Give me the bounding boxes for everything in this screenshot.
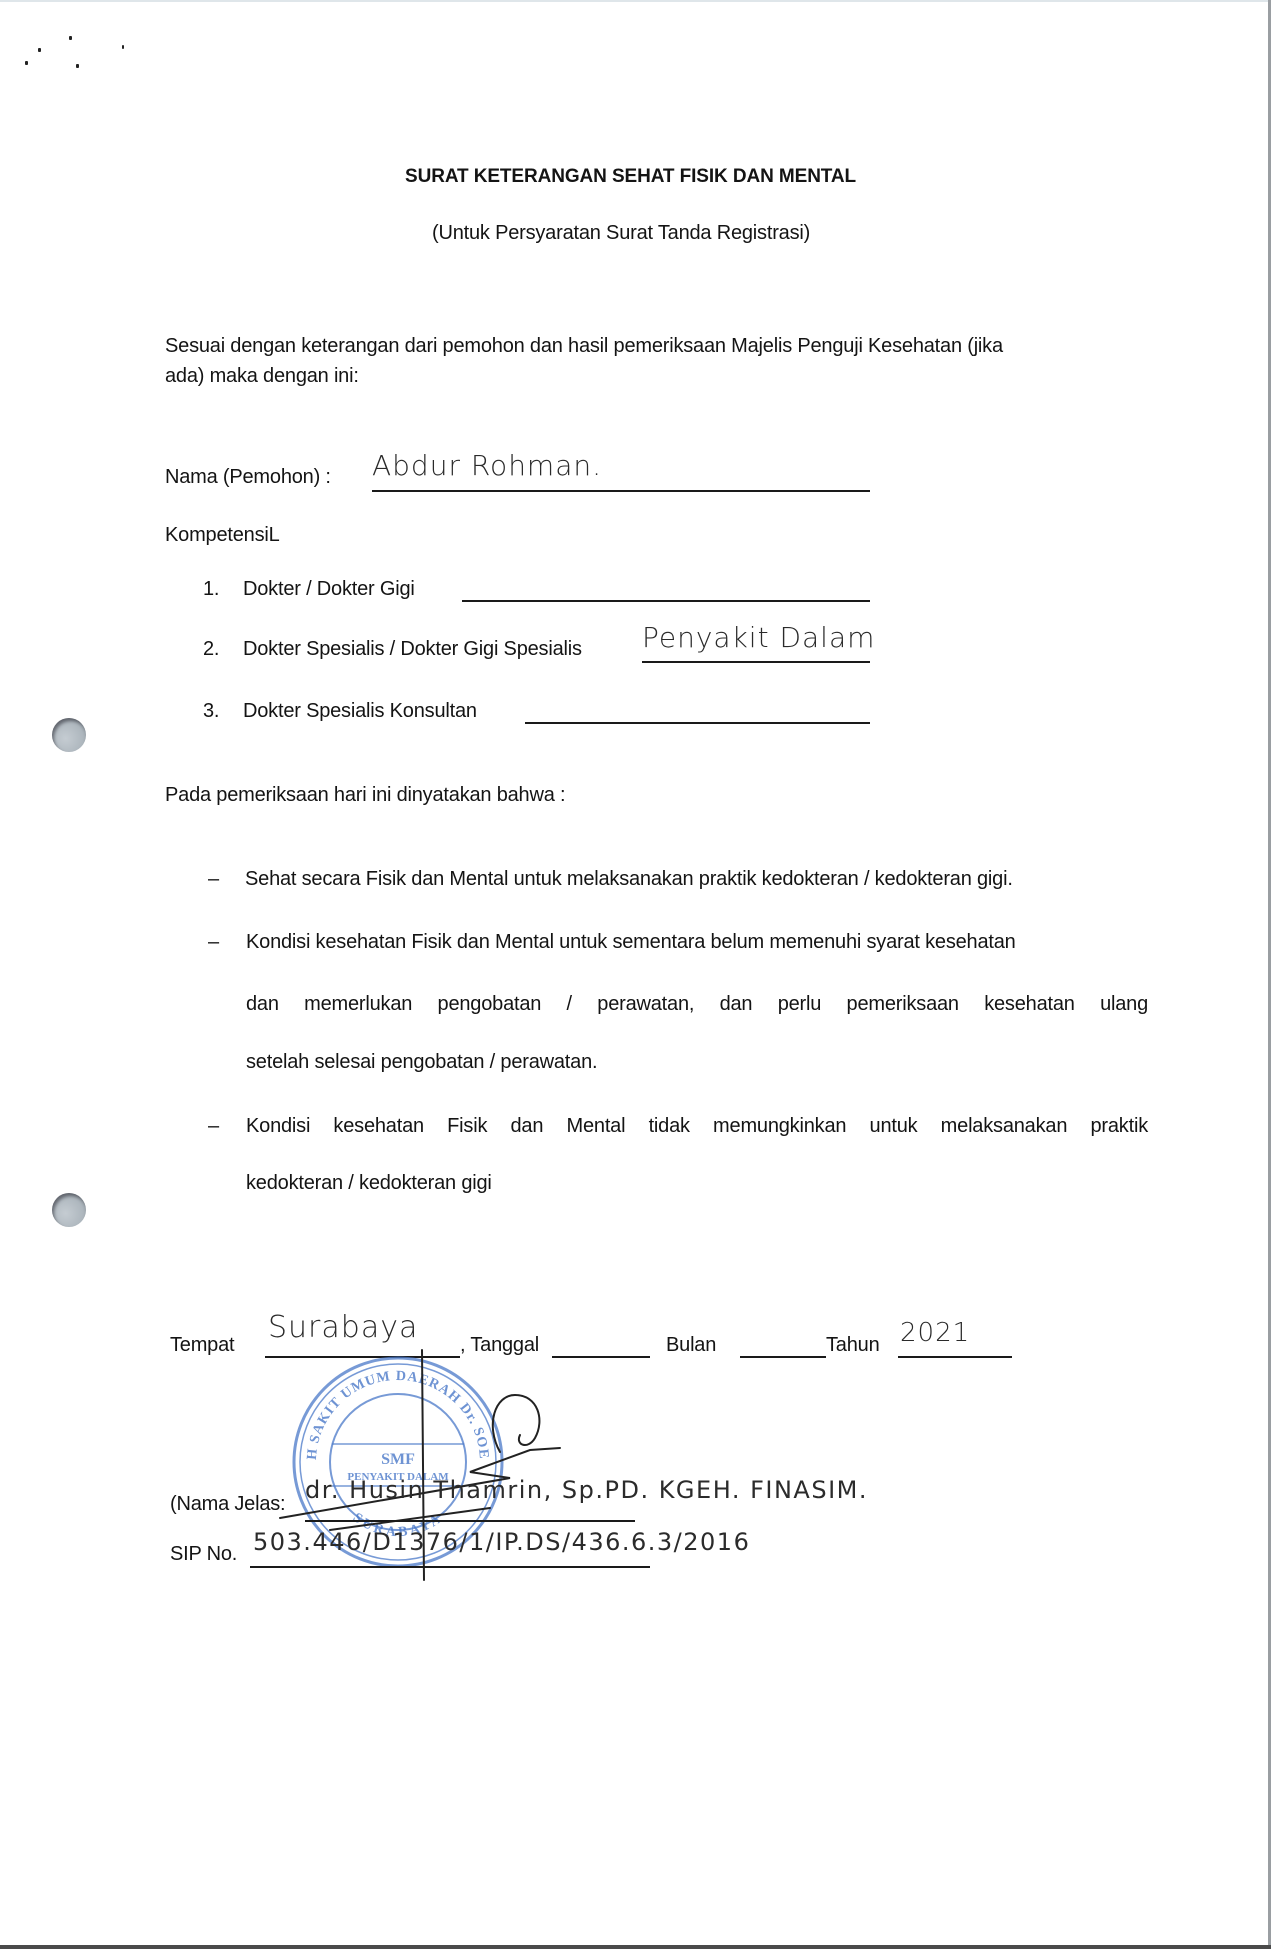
competency-item-1-number: 1. bbox=[203, 577, 219, 601]
document-subtitle: (Untuk Persyaratan Surat Tanda Registras… bbox=[432, 221, 810, 245]
intro-text-line2: ada) maka dengan ini: bbox=[165, 364, 359, 388]
competency-item-3-line bbox=[525, 722, 870, 724]
option-3-dash: – bbox=[208, 1114, 219, 1138]
applicant-name-value[interactable]: Abdur Rohman. bbox=[372, 454, 602, 478]
option-2-line1: Kondisi kesehatan Fisik dan Mental untuk… bbox=[246, 930, 1016, 954]
competency-item-1-label: Dokter / Dokter Gigi bbox=[243, 577, 415, 601]
month-label: Bulan bbox=[666, 1333, 716, 1357]
competency-item-2-value[interactable]: Penyakit Dalam bbox=[642, 626, 875, 650]
option-2-line3: setelah selesai pengobatan / perawatan. bbox=[246, 1050, 597, 1074]
speck bbox=[76, 64, 79, 68]
month-line bbox=[740, 1356, 826, 1358]
speck bbox=[69, 36, 72, 40]
option-3-line2: kedokteran / kedokteran gigi bbox=[246, 1171, 492, 1195]
option-3-line1: Kondisi kesehatan Fisik dan Mental tidak… bbox=[246, 1114, 1148, 1138]
punch-hole bbox=[52, 718, 86, 752]
place-label: Tempat bbox=[170, 1333, 234, 1357]
competency-item-3-number: 3. bbox=[203, 699, 219, 723]
competency-label: KompetensiL bbox=[165, 523, 280, 547]
document-title: SURAT KETERANGAN SEHAT FISIK DAN MENTAL bbox=[405, 165, 856, 189]
competency-item-1-line bbox=[462, 600, 870, 602]
page-bottom-edge bbox=[0, 1945, 1271, 1949]
intro-text-line1: Sesuai dengan keterangan dari pemohon da… bbox=[165, 334, 1003, 358]
year-line bbox=[898, 1356, 1012, 1358]
punch-hole bbox=[52, 1193, 86, 1227]
speck bbox=[25, 61, 28, 65]
competency-item-2-line bbox=[642, 661, 870, 663]
option-2-line2: dan memerlukan pengobatan / perawatan, d… bbox=[246, 992, 1148, 1016]
sip-label: SIP No. bbox=[170, 1542, 237, 1566]
sip-line bbox=[250, 1566, 650, 1568]
speck bbox=[38, 48, 41, 52]
option-1-dash: – bbox=[208, 867, 219, 891]
signatory-name-value[interactable]: dr. Husin Thamrin, Sp.PD. KGEH. FINASIM. bbox=[305, 1478, 868, 1502]
year-label: Tahun bbox=[826, 1333, 880, 1357]
speck bbox=[122, 45, 124, 49]
competency-item-2-number: 2. bbox=[203, 637, 219, 661]
option-2-dash: – bbox=[208, 930, 219, 954]
option-1-line1: Sehat secara Fisik dan Mental untuk mela… bbox=[245, 867, 1013, 891]
exam-statement: Pada pemeriksaan hari ini dinyatakan bah… bbox=[165, 783, 565, 807]
applicant-label: Nama (Pemohon) : bbox=[165, 465, 331, 489]
competency-item-2-label: Dokter Spesialis / Dokter Gigi Spesialis bbox=[243, 637, 582, 661]
signatory-name-line bbox=[305, 1520, 635, 1522]
signatory-name-label: (Nama Jelas: bbox=[170, 1492, 285, 1516]
scan-specks bbox=[0, 0, 200, 100]
place-value[interactable]: Surabaya bbox=[268, 1316, 418, 1340]
applicant-name-line bbox=[372, 490, 870, 492]
year-value[interactable]: 2021 bbox=[900, 1321, 970, 1345]
sip-value[interactable]: 503.446/D1376/1/IP.DS/436.6.3/2016 bbox=[253, 1530, 750, 1554]
competency-item-3-label: Dokter Spesialis Konsultan bbox=[243, 699, 477, 723]
